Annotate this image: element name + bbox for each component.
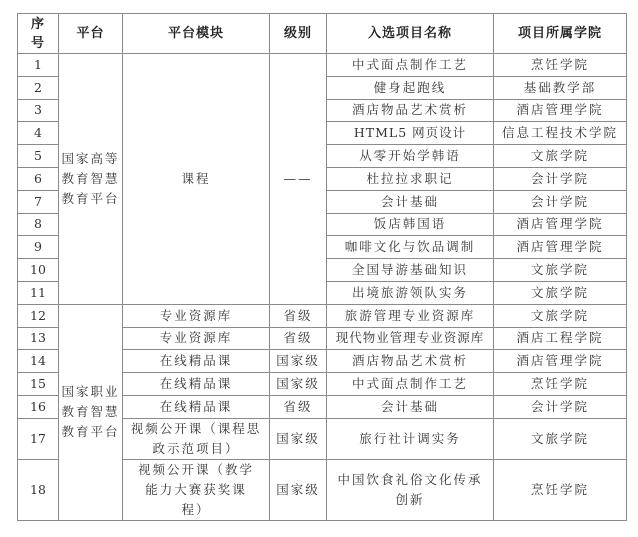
table-row: 12 国家职业教育智慧教育平台 专业资源库 省级 旅游管理专业资源库 文旅学院 <box>18 304 627 327</box>
level-cell: 国家级 <box>270 418 327 459</box>
header-level: 级别 <box>270 14 327 54</box>
project-name: 酒店物品艺术赏析 <box>327 350 494 373</box>
row-number: 18 <box>18 459 59 520</box>
row-number: 13 <box>18 327 59 350</box>
module-cell: 课程 <box>123 54 270 305</box>
row-number: 7 <box>18 190 59 213</box>
module-cell: 视频公开课（课程思政示范项目） <box>123 418 270 459</box>
level-cell: 省级 <box>270 395 327 418</box>
project-name: 全国导游基础知识 <box>327 259 494 282</box>
header-college: 项目所属学院 <box>494 14 627 54</box>
level-cell: 国家级 <box>270 373 327 396</box>
row-number: 14 <box>18 350 59 373</box>
college-name: 酒店管理学院 <box>494 213 627 236</box>
module-cell: 在线精品课 <box>123 350 270 373</box>
college-name: 烹饪学院 <box>494 459 627 520</box>
project-name: 酒店物品艺术赏析 <box>327 99 494 122</box>
project-table: 序号 平台 平台模块 级别 入选项目名称 项目所属学院 1 国家高等教育智慧教育… <box>17 13 627 521</box>
project-name: 中式面点制作工艺 <box>327 54 494 77</box>
project-name: 饭店韩国语 <box>327 213 494 236</box>
project-name: 咖啡文化与饮品调制 <box>327 236 494 259</box>
row-number: 8 <box>18 213 59 236</box>
level-cell: 国家级 <box>270 350 327 373</box>
college-name: 酒店管理学院 <box>494 236 627 259</box>
college-name: 会计学院 <box>494 167 627 190</box>
row-number: 11 <box>18 281 59 304</box>
college-name: 烹饪学院 <box>494 54 627 77</box>
college-name: 基础教学部 <box>494 76 627 99</box>
project-name: 会计基础 <box>327 190 494 213</box>
college-name: 会计学院 <box>494 190 627 213</box>
project-name: 从零开始学韩语 <box>327 145 494 168</box>
project-name: 旅游管理专业资源库 <box>327 304 494 327</box>
project-name: 中国饮食礼俗文化传承创新 <box>327 459 494 520</box>
header-module: 平台模块 <box>123 14 270 54</box>
level-cell: 省级 <box>270 327 327 350</box>
college-name: 文旅学院 <box>494 418 627 459</box>
header-project: 入选项目名称 <box>327 14 494 54</box>
row-number: 15 <box>18 373 59 396</box>
project-name: 会计基础 <box>327 395 494 418</box>
header-row: 序号 平台 平台模块 级别 入选项目名称 项目所属学院 <box>18 14 627 54</box>
project-name: 现代物业管理专业资源库 <box>327 327 494 350</box>
project-name: HTML5 网页设计 <box>327 122 494 145</box>
table-row: 1 国家高等教育智慧教育平台 课程 —— 中式面点制作工艺 烹饪学院 <box>18 54 627 77</box>
row-number: 1 <box>18 54 59 77</box>
college-name: 酒店管理学院 <box>494 350 627 373</box>
level-cell: 省级 <box>270 304 327 327</box>
college-name: 烹饪学院 <box>494 373 627 396</box>
project-name: 杜拉拉求职记 <box>327 167 494 190</box>
project-name: 出境旅游领队实务 <box>327 281 494 304</box>
module-cell: 视频公开课（教学能力大赛获奖课程） <box>123 459 270 520</box>
row-number: 4 <box>18 122 59 145</box>
header-seq: 序号 <box>18 14 59 54</box>
college-name: 信息工程技术学院 <box>494 122 627 145</box>
row-number: 9 <box>18 236 59 259</box>
project-name: 健身起跑线 <box>327 76 494 99</box>
project-name: 旅行社计调实务 <box>327 418 494 459</box>
level-cell: —— <box>270 54 327 305</box>
college-name: 会计学院 <box>494 395 627 418</box>
module-cell: 专业资源库 <box>123 327 270 350</box>
college-name: 酒店管理学院 <box>494 99 627 122</box>
platform-cell: 国家职业教育智慧教育平台 <box>59 304 123 520</box>
level-cell: 国家级 <box>270 459 327 520</box>
college-name: 文旅学院 <box>494 304 627 327</box>
row-number: 10 <box>18 259 59 282</box>
row-number: 6 <box>18 167 59 190</box>
module-cell: 在线精品课 <box>123 373 270 396</box>
row-number: 12 <box>18 304 59 327</box>
module-cell: 在线精品课 <box>123 395 270 418</box>
module-cell: 专业资源库 <box>123 304 270 327</box>
college-name: 酒店工程学院 <box>494 327 627 350</box>
platform-cell: 国家高等教育智慧教育平台 <box>59 54 123 305</box>
college-name: 文旅学院 <box>494 281 627 304</box>
row-number: 3 <box>18 99 59 122</box>
row-number: 5 <box>18 145 59 168</box>
row-number: 16 <box>18 395 59 418</box>
college-name: 文旅学院 <box>494 259 627 282</box>
project-name: 中式面点制作工艺 <box>327 373 494 396</box>
row-number: 2 <box>18 76 59 99</box>
header-platform: 平台 <box>59 14 123 54</box>
row-number: 17 <box>18 418 59 459</box>
college-name: 文旅学院 <box>494 145 627 168</box>
